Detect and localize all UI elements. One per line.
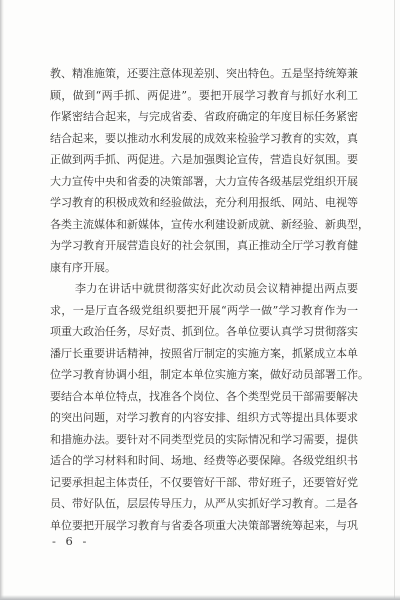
text-line: 项重大政治任务，尽好责、抓到位。各单位要认真学习贯彻落实 xyxy=(50,321,358,343)
text-line: 康有序开展。 xyxy=(50,257,358,279)
text-line: 适合的学习材料和时间、场地、经费等必要保障。各级党组织书 xyxy=(50,450,358,472)
text-line: 顾，做到“两手抓、两促进”。要把开展学习教育与抓好水利工 xyxy=(50,85,358,107)
text-line: 各类主流媒体和新媒体，宣传水利建设新成就、新经验、新典型， xyxy=(50,214,358,236)
document-page: 教、精准施策，还要注意体现差别、突出特色。五是坚持统筹兼顾，做到“两手抓、两促进… xyxy=(0,0,400,600)
text-line: 记要承担起主体责任，不仅要管好干部、带好班子，还要管好党 xyxy=(50,472,358,494)
text-line: 潘厅长重要讲话精神，按照省厅制定的实施方案，抓紧成立本单 xyxy=(50,343,358,365)
text-line: 员、带好队伍，层层传导压力，从严从实抓好学习教育。二是各 xyxy=(50,493,358,515)
scan-edge-bottom xyxy=(0,595,400,600)
text-line: 李力在讲话中就贯彻落实好此次动员会议精神提出两点要 xyxy=(50,278,358,300)
text-line: 单位要把开展学习教育与省委各项重大决策部署统筹起来，与巩 xyxy=(50,515,358,537)
text-line: 正做到两手抓、两促进。六是加强舆论宣传，营造良好氛围。要 xyxy=(50,149,358,171)
text-line: 结合起来，要以推动水利发展的成效来检验学习教育的实效，真 xyxy=(50,128,358,150)
text-line: 和措施办法。要针对不同类型党员的实际情况和学习需要，提供 xyxy=(50,429,358,451)
page-number: - 6 - xyxy=(52,534,89,548)
scan-edge-left xyxy=(0,0,4,600)
text-line: 学习教育的积极成效和经验做法，充分利用报纸、网站、电视等 xyxy=(50,192,358,214)
text-line: 大力宣传中央和省委的决策部署，大力宣传各级基层党组织开展 xyxy=(50,171,358,193)
text-line: 作紧密结合起来，与完成省委、省政府确定的年度目标任务紧密 xyxy=(50,106,358,128)
text-line: 位学习教育协调小组，制定本单位实施方案，做好动员部署工作。 xyxy=(50,364,358,386)
text-line: 为学习教育开展营造良好的社会氛围，真正推动全厅学习教育健 xyxy=(50,235,358,257)
text-line: 要结合本单位特点，找准各个岗位、各个类型党员干部需要解决 xyxy=(50,386,358,408)
text-line: 教、精准施策，还要注意体现差别、突出特色。五是坚持统筹兼 xyxy=(50,63,358,85)
text-line: 的突出问题，对学习教育的内容安排、组织方式等提出具体要求 xyxy=(50,407,358,429)
text-line: 求，一是厅直各级党组织要把开展“两学一做”学习教育作为一 xyxy=(50,300,358,322)
page-text: 教、精准施策，还要注意体现差别、突出特色。五是坚持统筹兼顾，做到“两手抓、两促进… xyxy=(50,63,358,536)
scan-edge-right xyxy=(394,0,395,600)
